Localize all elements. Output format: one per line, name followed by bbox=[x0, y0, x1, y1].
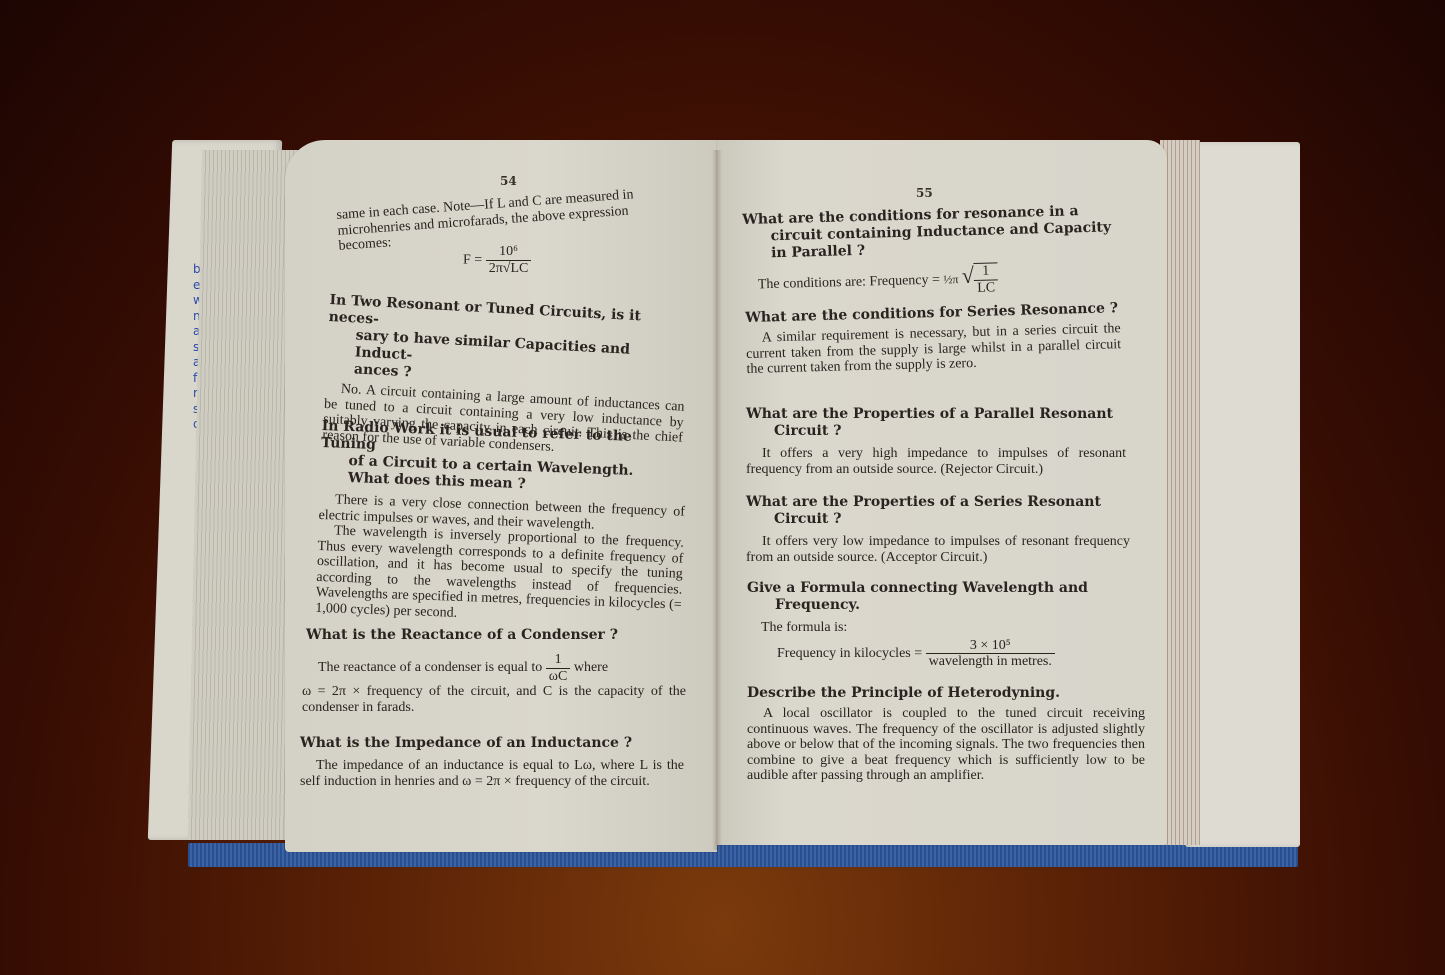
page-number-left: 54 bbox=[500, 174, 517, 188]
section-heterodyning: Describe the Principle of Heterodyning. … bbox=[747, 685, 1145, 784]
section-wavelength-tuning: In Radio Work it is usual to refer to th… bbox=[315, 418, 688, 629]
section-reactance-condenser: What is the Reactance of a Condenser ? T… bbox=[306, 627, 686, 715]
section-series-properties: What are the Properties of a Series Reso… bbox=[746, 494, 1130, 565]
question-heading: What is the Impedance of an Inductance ? bbox=[300, 735, 684, 752]
section-impedance-inductance: What is the Impedance of an Inductance ?… bbox=[300, 735, 684, 789]
section-wavelength-formula: Give a Formula connecting Wavelength and… bbox=[747, 580, 1137, 670]
answer-text-2: ω = 2π × frequency of the circuit, and C… bbox=[302, 684, 686, 715]
question-heading: What are the Properties of a Parallel Re… bbox=[746, 406, 1126, 440]
page-number-right: 55 bbox=[916, 186, 933, 200]
answer-text: The reactance of a condenser is equal to… bbox=[306, 652, 686, 684]
answer-text: The impedance of an inductance is equal … bbox=[300, 758, 684, 789]
question-heading: What are the conditions for resonance in… bbox=[742, 202, 1115, 263]
answer-text: The formula is: bbox=[747, 620, 1137, 636]
question-heading: Describe the Principle of Heterodyning. bbox=[747, 685, 1145, 702]
formula-f: F = 10⁶ 2π√LC bbox=[463, 244, 531, 277]
book-gutter bbox=[712, 150, 722, 850]
section-parallel-resonance: What are the conditions for resonance in… bbox=[742, 202, 1116, 302]
question-heading: What are the Properties of a Series Reso… bbox=[746, 494, 1130, 528]
question-heading: In Radio Work it is usual to refer to th… bbox=[320, 418, 688, 499]
answer-text: A similar requirement is necessary, but … bbox=[746, 321, 1122, 377]
dust-jacket-right-flap bbox=[1185, 142, 1300, 847]
section-series-resonance: What are the conditions for Series Reson… bbox=[745, 300, 1122, 377]
answer-text: It offers a very high impedance to impul… bbox=[746, 446, 1126, 477]
photo-scene: b el w m al su ar fo m su qu dr pr th 54… bbox=[0, 0, 1445, 975]
question-heading: What is the Reactance of a Condenser ? bbox=[306, 627, 686, 644]
question-heading: In Two Resonant or Tuned Circuits, is it… bbox=[326, 292, 690, 396]
question-heading: Give a Formula connecting Wavelength and… bbox=[747, 580, 1137, 614]
section-parallel-properties: What are the Properties of a Parallel Re… bbox=[746, 406, 1126, 477]
answer-text: A local oscillator is coupled to the tun… bbox=[747, 706, 1145, 784]
answer-text: It offers very low impedance to impulses… bbox=[746, 534, 1130, 565]
formula-wavelength: Frequency in kilocycles = 3 × 10⁵ wavele… bbox=[747, 638, 1137, 670]
answer-text-2: The wavelength is inversely proportional… bbox=[315, 523, 684, 629]
